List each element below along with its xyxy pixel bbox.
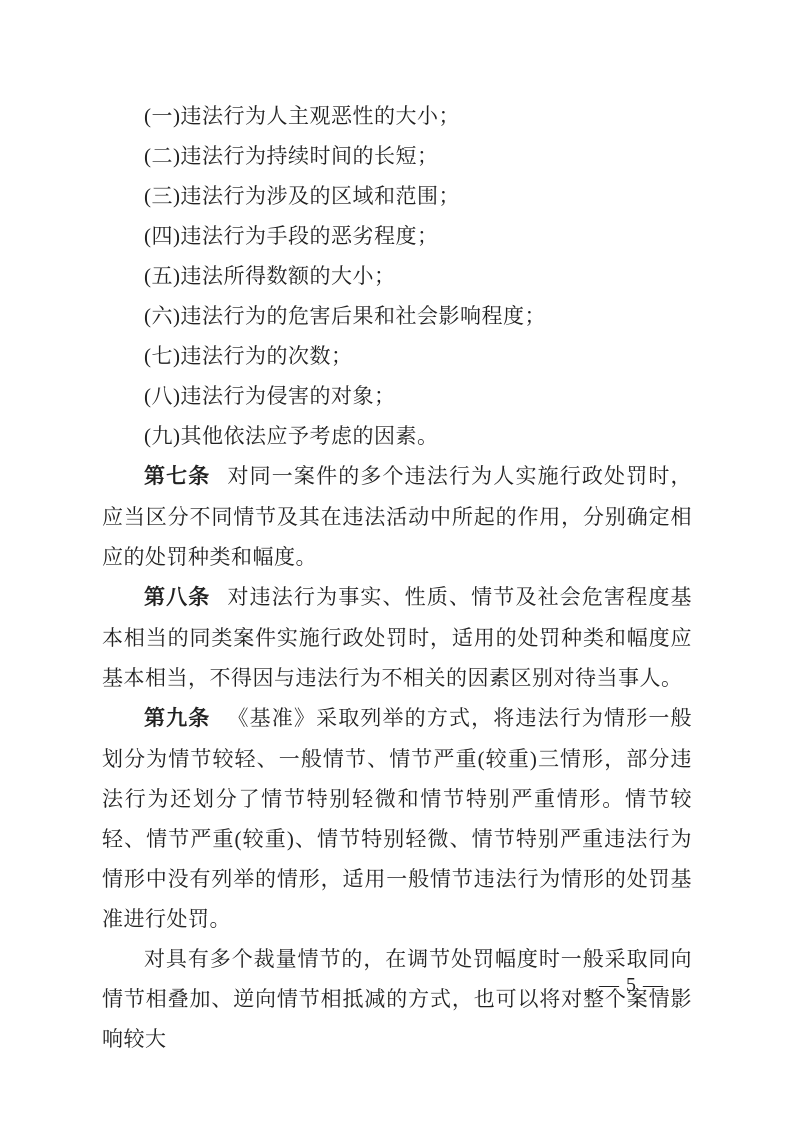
list-item: (四)违法行为手段的恶劣程度； xyxy=(102,216,692,256)
list-item: (二)违法行为持续时间的长短； xyxy=(102,136,692,176)
article-paragraph: 第七条对同一案件的多个违法行为人实施行政处罚时，应当区分不同情节及其在违法活动中… xyxy=(102,456,692,577)
article-number: 第八条 xyxy=(144,586,210,609)
list-item: (八)违法行为侵害的对象； xyxy=(102,376,692,416)
list-item: (七)违法行为的次数； xyxy=(102,336,692,376)
document-page: (一)违法行为人主观恶性的大小； (二)违法行为持续时间的长短； (三)违法行为… xyxy=(0,0,793,1122)
list-item: (六)违法行为的危害后果和社会影响程度； xyxy=(102,296,692,336)
list-item: (五)违法所得数额的大小； xyxy=(102,256,692,296)
article-paragraph: 第八条对违法行为事实、性质、情节及社会危害程度基本相当的同类案件实施行政处罚时，… xyxy=(102,577,692,698)
article-body-text: 《基准》采取列举的方式，将违法行为情形一般划分为情节较轻、一般情节、情节严重(较… xyxy=(102,706,692,931)
list-item: (三)违法行为涉及的区域和范围； xyxy=(102,176,692,216)
list-item: (九)其他依法应予考虑的因素。 xyxy=(102,416,692,456)
article-number: 第九条 xyxy=(144,707,210,730)
article-paragraph: 第九条《基准》采取列举的方式，将违法行为情形一般划分为情节较轻、一般情节、情节严… xyxy=(102,698,692,939)
list-item: (一)违法行为人主观恶性的大小； xyxy=(102,96,692,136)
page-number: — 5 — xyxy=(102,970,692,1000)
article-number: 第七条 xyxy=(144,465,210,488)
document-body: (一)违法行为人主观恶性的大小； (二)违法行为持续时间的长短； (三)违法行为… xyxy=(102,96,692,1059)
